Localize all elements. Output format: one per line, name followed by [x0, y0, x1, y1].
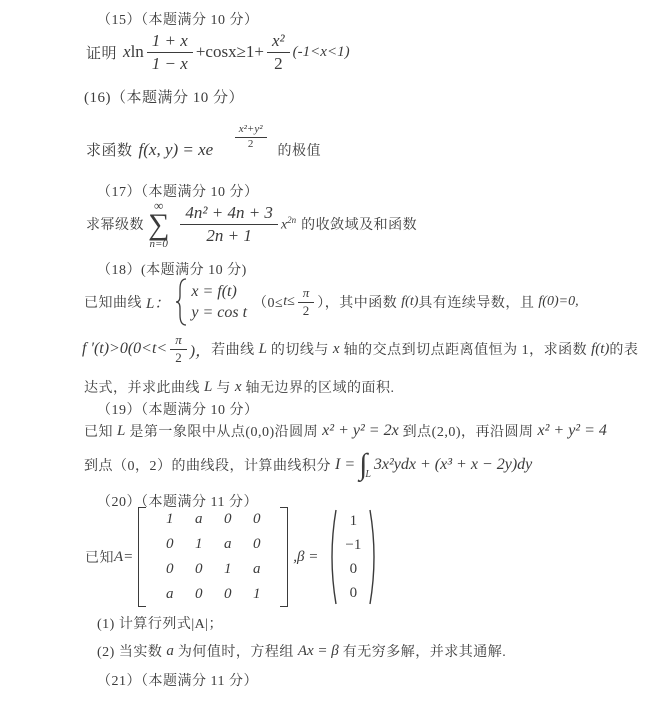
- p18-pi-num-b: π: [170, 333, 187, 350]
- p15-one-plus: 1+: [246, 42, 264, 62]
- problem-18-header: （18）(本题满分 10 分): [97, 259, 247, 279]
- p18-pi-den-b: 2: [170, 350, 187, 366]
- integral-subscript: L: [365, 469, 371, 480]
- p16-tail: 的极值: [278, 140, 322, 160]
- problem-18-line-2: f ′(t)>0(0<t< π 2 )， 若曲线 L 的切线与 x 轴的交点到切…: [82, 333, 638, 366]
- vector-cell: 1: [350, 513, 358, 530]
- p16-function: f(x, y) = xe: [139, 140, 214, 160]
- p18-pi-den: 2: [298, 303, 315, 319]
- p16-exponent-fraction: x²+y² 2: [215, 111, 269, 162]
- right-paren-icon: [368, 507, 380, 607]
- p18-close-paren: )，: [190, 338, 211, 361]
- p20-beta-equals: ,β =: [293, 549, 318, 566]
- p18-range-open: （0≤: [253, 292, 283, 312]
- vector-cell: 0: [350, 561, 358, 578]
- matrix-cell: a: [224, 536, 232, 553]
- matrix-cell: 1: [224, 561, 232, 578]
- p20-A-equals: A=: [114, 549, 133, 566]
- system-row-y: y = cos t: [191, 304, 247, 322]
- p16-exp-denominator: 2: [244, 138, 258, 151]
- p19-quadrant-text: 是第一象限中从点(0,0)沿圆周: [125, 421, 322, 441]
- p17-tail: 的收敛域及和函数: [301, 214, 417, 234]
- p19-known: 已知: [84, 421, 117, 441]
- problem-20-item-1: (1) 计算行列式|A|；: [97, 613, 223, 633]
- p17-frac-numerator: 4n² + 4n + 3: [180, 203, 278, 225]
- vector-beta: 1 −1 0 0: [326, 507, 380, 607]
- p16-lead: 求函数: [86, 139, 133, 160]
- p19-to-point-text: 到点(2,0)，再沿圆周: [399, 421, 538, 441]
- matrix-cell: 0: [166, 536, 174, 553]
- p19-I-equals: I =: [335, 456, 355, 474]
- p18-known-curve: 已知曲线: [84, 292, 146, 312]
- problem-18-line-1: 已知曲线 L： x = f(t) y = cos t （0≤ t≤ π 2 ），…: [84, 277, 579, 327]
- summation-symbol: ∞ ∑ n=0: [148, 199, 169, 250]
- p18-line3-c2: 与: [212, 377, 235, 397]
- problem-15-formula: 证明 x ln 1 + x 1 − x +cosx ≥ 1+ x² 2 (-1<…: [86, 31, 350, 73]
- problem-17-header-text: （17）（本题满分 10 分）: [97, 181, 259, 201]
- p18-f-prime-condition: f ′(t)>0(0<t<: [82, 340, 167, 358]
- matrix-cell: 0: [224, 586, 232, 603]
- sum-lower-limit: n=0: [149, 238, 167, 250]
- p18-line3-c1: 达式，并求此曲线: [84, 377, 204, 397]
- problem-21-header: （21）（本题满分 11 分）: [97, 670, 258, 690]
- matrix-cell: a: [195, 511, 203, 528]
- matrix-cell: 0: [224, 511, 232, 528]
- problem-20-item-2: (2) 当实数 a 为何值时，方程组 Ax = β 有无穷多解，并求其通解.: [97, 641, 506, 661]
- p19-circle-2: x² + y² = 4: [538, 422, 607, 440]
- p18-expr-text: 的表: [609, 339, 638, 359]
- p18-continuous-text: 具有连续导数，且: [418, 292, 538, 312]
- p20-item1-text: (1) 计算行列式|A|；: [97, 613, 223, 633]
- vector-cell: 0: [350, 585, 358, 602]
- p15-var-x: x: [123, 42, 131, 62]
- left-square-bracket-icon: [138, 507, 146, 607]
- matrix-cell: 0: [253, 536, 261, 553]
- p19-L-var: L: [117, 423, 125, 440]
- problem-16-header: (16)（本题满分 10 分）: [84, 86, 244, 107]
- p19-circle-1: x² + y² = 2x: [322, 422, 399, 440]
- problem-16-formula: 求函数 f(x, y) = xe x²+y² 2 的极值: [86, 124, 321, 175]
- left-paren-icon: [326, 507, 338, 607]
- matrix-cell: 0: [195, 561, 203, 578]
- equation-system: x = f(t) y = cos t: [175, 277, 247, 327]
- vector-beta-cells: 1 −1 0 0: [338, 509, 368, 605]
- p15-domain: (-1<x<1): [293, 44, 350, 61]
- p16-exp-numerator: x²+y²: [235, 123, 267, 138]
- problem-17-formula: 求幂级数 ∞ ∑ n=0 4n² + 4n + 3 2n + 1 x2n 的收敛…: [86, 199, 417, 250]
- p20-known: 已知: [85, 547, 114, 567]
- problem-18-header-text: （18）(本题满分 10 分): [97, 259, 247, 279]
- p18-if-curve: 若曲线: [211, 339, 259, 359]
- p18-line3-c3: 轴无边界的区域的面积.: [242, 377, 395, 397]
- p18-f-of-t-b: f(t): [591, 341, 609, 358]
- problem-21-header-text: （21）（本题满分 11 分）: [97, 670, 258, 690]
- p20-item2-c3: 有无穷多解，并求其通解.: [339, 641, 507, 661]
- left-brace-icon: [175, 277, 187, 327]
- p15-frac2-denominator: 2: [269, 53, 288, 74]
- p17-lead: 求幂级数: [86, 214, 144, 234]
- p18-pi-over-2-b: π 2: [170, 333, 187, 366]
- p20-item2-equation: Ax = β: [298, 643, 339, 660]
- matrix-cell: 0: [166, 561, 174, 578]
- matrix-A-cells: 1 a 0 0 0 1 a 0 0 0 1 a a 0 0 1: [155, 507, 271, 607]
- matrix-cell: 1: [195, 536, 203, 553]
- exam-document-page: （15）（本题满分 10 分） 证明 x ln 1 + x 1 − x +cos…: [0, 0, 660, 703]
- p15-ln: ln: [131, 42, 144, 62]
- p17-x-exponent: 2n: [287, 215, 296, 225]
- p19-integrand: 3x²ydx + (x³ + x − 2y)dy: [374, 456, 532, 474]
- problem-16-header-text: (16)（本题满分 10 分）: [84, 86, 244, 107]
- p18-range-close: ），其中函数: [317, 292, 401, 312]
- p16-exp-frac: x²+y² 2: [235, 123, 267, 150]
- matrix-cell: a: [253, 561, 261, 578]
- p18-distance-text: 轴的交点到切点距离值恒为 1，求函数: [340, 339, 592, 359]
- matrix-cell: 1: [253, 586, 261, 603]
- p17-fraction: 4n² + 4n + 3 2n + 1: [180, 203, 278, 245]
- p18-t-relation: t≤: [283, 294, 295, 310]
- p18-f-of-t: f(t): [401, 294, 418, 310]
- problem-18-line-3: 达式，并求此曲线 L 与 x 轴无边界的区域的面积.: [84, 377, 395, 397]
- p15-cos-term: +cosx: [196, 42, 237, 62]
- p18-line3-L: L: [204, 379, 212, 396]
- matrix-cell: 0: [253, 511, 261, 528]
- p18-x-axis-var: x: [333, 341, 340, 358]
- sigma-icon: ∑: [148, 212, 169, 238]
- p18-curve-L: L：: [146, 292, 169, 313]
- p15-fraction-1: 1 + x 1 − x: [147, 31, 193, 73]
- p18-tangent-text: 的切线与: [267, 339, 333, 359]
- matrix-cell: 0: [195, 586, 203, 603]
- system-row-x: x = f(t): [191, 283, 247, 301]
- p18-L-var: L: [259, 341, 267, 358]
- p18-f0-equals-0: f(0)=0,: [538, 294, 578, 310]
- problem-19-line-1: 已知 L 是第一象限中从点(0,0)沿圆周 x² + y² = 2x 到点(2,…: [84, 421, 607, 441]
- p15-frac2-numerator: x²: [267, 31, 290, 53]
- p17-power-term: x2n: [281, 215, 296, 234]
- p15-ge-sign: ≥: [237, 42, 246, 62]
- problem-19-header: （19）（本题满分 10 分）: [97, 399, 259, 419]
- matrix-A: 1 a 0 0 0 1 a 0 0 0 1 a a 0 0 1: [138, 507, 288, 607]
- p15-lead: 证明: [86, 42, 117, 63]
- p18-line3-x: x: [235, 379, 242, 396]
- integral-symbol: ∫ L: [359, 453, 371, 477]
- problem-15-header: （15）（本题满分 10 分）: [97, 9, 259, 29]
- p17-frac-denominator: 2n + 1: [201, 225, 256, 246]
- matrix-cell: a: [166, 586, 174, 603]
- p18-pi-over-2: π 2: [298, 286, 315, 319]
- p20-item2-c2: 为何值时，方程组: [174, 641, 298, 661]
- p20-item2-a-var: a: [166, 643, 174, 660]
- p15-frac1-denominator: 1 − x: [147, 53, 193, 74]
- vector-cell: −1: [345, 537, 361, 554]
- problem-19-header-text: （19）（本题满分 10 分）: [97, 399, 259, 419]
- p19-compute-text: 到点（0，2）的曲线段，计算曲线积分: [84, 455, 335, 475]
- problem-19-line-2: 到点（0，2）的曲线段，计算曲线积分 I = ∫ L 3x²ydx + (x³ …: [84, 453, 532, 477]
- right-square-bracket-icon: [280, 507, 288, 607]
- matrix-cell: 1: [166, 511, 174, 528]
- p15-frac1-numerator: 1 + x: [147, 31, 193, 53]
- problem-20-matrix-line: 已知 A= 1 a 0 0 0 1 a 0 0 0 1 a a 0 0 1: [85, 507, 380, 607]
- system-rows: x = f(t) y = cos t: [191, 283, 247, 322]
- problem-17-header: （17）（本题满分 10 分）: [97, 181, 259, 201]
- problem-15-header-text: （15）（本题满分 10 分）: [97, 9, 259, 29]
- p20-item2-c1: (2) 当实数: [97, 641, 166, 661]
- p15-fraction-2: x² 2: [267, 31, 290, 73]
- p18-pi-num: π: [298, 286, 315, 303]
